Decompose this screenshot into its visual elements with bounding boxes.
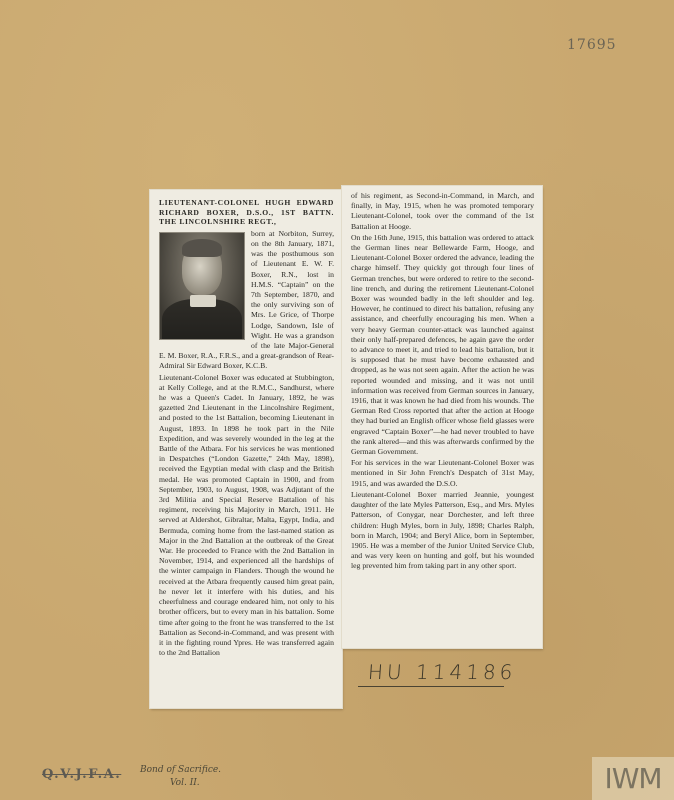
- obituary-paragraph: Lieutenant-Colonel Boxer was educated at…: [159, 373, 334, 659]
- obituary-paragraph: of his regiment, as Second-in-Command, i…: [351, 191, 534, 232]
- reference-underline: [358, 686, 504, 687]
- struck-through-stamp: Q.V.J.F.A.: [42, 767, 121, 782]
- handwritten-note-line-2: Vol. II.: [140, 777, 221, 790]
- obituary-paragraph: Lieutenant-Colonel Boxer married Jeannie…: [351, 490, 534, 572]
- obituary-paragraph: On the 16th June, 1915, this battalion w…: [351, 233, 534, 457]
- handwritten-source-note: Bond of Sacrifice. Vol. II.: [140, 764, 221, 790]
- iwm-watermark-logo: IWM: [592, 757, 674, 800]
- obituary-headline: Lieutenant-Colonel Hugh Edward Richard B…: [159, 198, 334, 227]
- portrait-photo: [159, 232, 245, 340]
- newspaper-clipping-right: of his regiment, as Second-in-Command, i…: [342, 186, 542, 648]
- handwritten-reference-number: HU 114186: [367, 660, 517, 684]
- newspaper-clipping-left: Lieutenant-Colonel Hugh Edward Richard B…: [150, 190, 342, 708]
- obituary-paragraph: For his services in the war Lieutenant-C…: [351, 458, 534, 489]
- handwritten-note-line-1: Bond of Sacrifice.: [140, 765, 221, 775]
- accession-number: 17695: [567, 37, 617, 53]
